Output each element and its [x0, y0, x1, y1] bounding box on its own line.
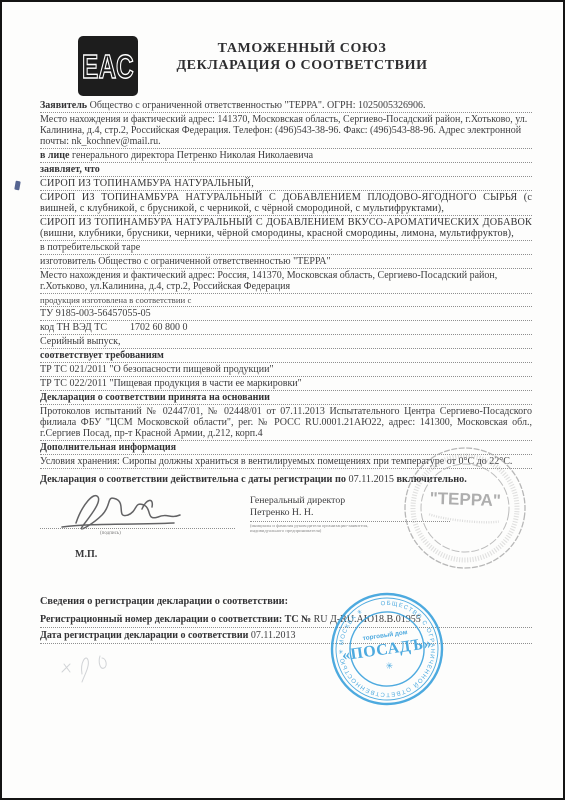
svg-text:✳: ✳ [385, 660, 394, 671]
product-packaging: в потребительской таре [40, 242, 532, 255]
product-name-1: СИРОП ИЗ ТОПИНАМБУРА НАТУРАЛЬНЫЙ, [40, 178, 532, 191]
product-name-3: СИРОП ИЗ ТОПИНАМБУРА НАТУРАЛЬНЫЙ С ДОБАВ… [40, 217, 532, 241]
eac-logo-icon: ЕАС [77, 35, 139, 97]
title-line-1: ТАМОЖЕННЫЙ СОЮЗ [152, 40, 452, 57]
document-title: ТАМОЖЕННЫЙ СОЮЗ ДЕКЛАРАЦИЯ О СООТВЕТСТВИ… [152, 40, 452, 74]
tnved-line: код ТН ВЭД ТС1702 60 800 0 [40, 322, 532, 335]
basis-heading: Декларация о соответствии принята на осн… [40, 392, 532, 405]
posad-stamp: ОБЩЕСТВО С ОГРАНИЧЕННОЙ ОТВЕТСТВЕННОСТЬЮ… [329, 591, 445, 707]
tr-ts-021: ТР ТС 021/2011 "О безопасности пищевой п… [40, 364, 532, 377]
manufacturer-line: изготовитель Общество с ограниченной отв… [40, 256, 532, 269]
svg-text:«ПОСАДЪ»: «ПОСАДЪ» [341, 635, 433, 664]
applicant-address: Место нахождения и фактический адрес: 14… [40, 114, 532, 149]
svg-text:"ТЕРРА": "ТЕРРА" [429, 489, 501, 510]
tu-line: ТУ 9185-003-56457055-05 [40, 308, 532, 321]
title-line-2: ДЕКЛАРАЦИЯ О СООТВЕТСТВИИ [152, 57, 452, 74]
signature-caption: (подпись) [100, 531, 121, 536]
registration-date-line: Дата регистрации декларации о соответств… [40, 630, 532, 644]
made-in-accordance: продукция изготовлена в соответствии с [40, 295, 532, 307]
basis-text: Протоколов испытаний № 02447/01, № 02448… [40, 406, 532, 441]
declares-line: заявляет, что [40, 164, 532, 177]
applicant-in-person: в лице генерального директора Петренко Н… [40, 150, 532, 163]
margin-ink-mark [14, 181, 20, 191]
product-name-2: СИРОП ИЗ ТОПИНАМБУРА НАТУРАЛЬНЫЙ С ДОБАВ… [40, 192, 532, 216]
terra-stamp: "ТЕРРА" [400, 443, 530, 573]
registration-heading: Сведения о регистрации декларации о соот… [40, 596, 532, 607]
applicant-line: Заявитель Общество с ограниченной ответс… [40, 100, 532, 113]
compliance-heading: соответствует требованиям [40, 350, 532, 363]
registration-number-line: Регистрационный номер декларации о соотв… [40, 614, 532, 628]
svg-text:ЕАС: ЕАС [82, 48, 134, 85]
signature-rule [40, 528, 235, 529]
mp-seal-placeholder: М.П. [75, 549, 97, 560]
serial-line: Серийный выпуск, [40, 336, 532, 349]
declaration-document: ЕАС ТАМОЖЕННЫЙ СОЮЗ ДЕКЛАРАЦИЯ О СООТВЕТ… [0, 0, 565, 800]
pencil-marks [50, 650, 140, 705]
tr-ts-022: ТР ТС 022/2011 "Пищевая продукция в част… [40, 378, 532, 391]
manufacturer-address: Место нахождения и фактический адрес: Ро… [40, 270, 532, 294]
